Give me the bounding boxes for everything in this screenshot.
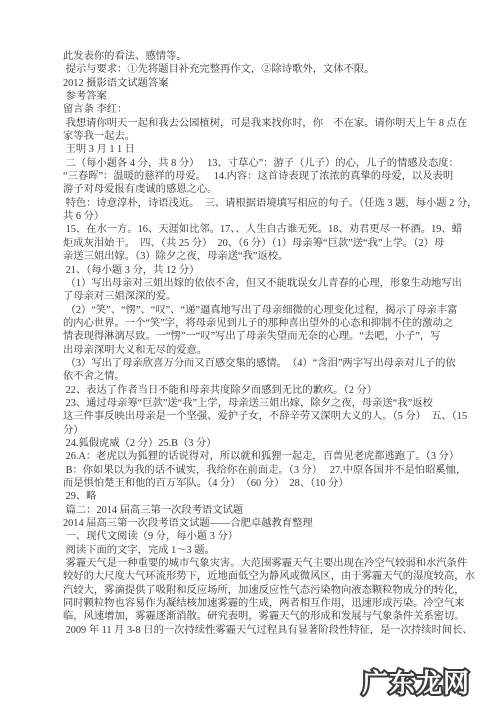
text-line: 2009 年 11 月 3-8 日的一次持续性雾霾天气过程具有显著阶段性特征，是… bbox=[63, 624, 463, 637]
text-line: 临，风速增加，雾霾逐渐消散。研究表明，雾霾天气的形成和发展与气象条件关系密切。 bbox=[63, 610, 463, 623]
text-line: 2014 届高三第一次段考语文试题——合肥卓越教育整理 bbox=[63, 517, 463, 530]
text-line: 这三件事反映出母亲是一个坚强、爱护子女，不辞辛劳又深明大义的人。（5 分） 五、… bbox=[63, 410, 463, 423]
text-line: “三春晖”：温暖的慈祥的母爱。 14.内容：这首诗表现了浓浓的真挚的母爱，以及表… bbox=[63, 170, 463, 183]
text-line: 较好的大尺度大气环流形势下，近地面低空为静风或微风区，由于雾霾天气的湿度较高，水 bbox=[63, 570, 463, 583]
text-line: 亲送三姐出嫁。（3）除夕之夜，母亲送“我”返校。 bbox=[63, 250, 463, 263]
text-line: 留言条 李红： bbox=[63, 103, 463, 116]
text-line: 22、表达了作者当日不能和母亲共度除夕而感到无比的歉疚。（2 分） bbox=[63, 384, 463, 397]
text-line: 炬成灰泪始干。 四、（共 25 分） 20、（6 分）（1）母亲筹“巨款”送“我… bbox=[63, 237, 463, 250]
text-line: 参考答案 bbox=[63, 90, 463, 103]
text-line: 二（每小题各 4 分，共 8 分） 13、寸草心”：游子（儿子）的心，儿子的情感… bbox=[63, 157, 463, 170]
document-page: 此发表你的看法、感情等。 提示与要求：①先将题目补充完整再作文，②除诗歌外，文体… bbox=[0, 0, 500, 707]
text-line: 了母亲对三姐深深的爱。 bbox=[63, 290, 463, 303]
text-line: 共 6 分） bbox=[63, 210, 463, 223]
text-line: 29、略 bbox=[63, 490, 463, 503]
text-line: 此发表你的看法、感情等。 bbox=[63, 50, 463, 63]
text-line: 一、现代文阅读（9 分，每小题 3 分） bbox=[63, 530, 463, 543]
text-line: 15、在水一方。16、天涯如比邻。17、、人生自古谁无死。18、劝君更尽一杯酒。… bbox=[63, 223, 463, 236]
text-line: 的内心世界。一个“笑”字，将母亲见到儿子的那种喜出望外的心态和抑制不住的激动之 bbox=[63, 317, 463, 330]
text-line: 而是惧怕楚王和他的百万军队。（4 分） （60 分） 28、（10 分） bbox=[63, 477, 463, 490]
text-line: 同时颗粒物也容易作为凝结核加速雾霾的生成，两者相互作用，迅速形成污染。冷空气来 bbox=[63, 597, 463, 610]
text-line: 王明 3 月 1 1 日 bbox=[63, 143, 463, 156]
text-line: （3）写出了母亲欣喜万分而又百感交集的感情。 （4）“含泪”两字写出母亲对儿子的… bbox=[63, 357, 463, 370]
text-line: （1）写出母亲对三姐出嫁的依依不舍，但又不能耽误女儿青春的心理，形象生动地写出 bbox=[63, 277, 463, 290]
text-line: B：你如果以为我的话不诚实，我给你在前面走。（3 分） 27.中原各国并不是怕昭… bbox=[63, 464, 463, 477]
text-line: 分） bbox=[63, 424, 463, 437]
text-line: 依不舍之情。 bbox=[63, 370, 463, 383]
text-line: 情表现得淋漓尽致。一“愣”一“叹”写出了母亲失望而无奈的心理。“去吧，小子”，写 bbox=[63, 330, 463, 343]
text-line: 雾霾天气是一种重要的城市气象灾害。大范围雾霾天气主要出现在冷空气较弱和水汽条件 bbox=[63, 557, 463, 570]
text-line: 出母亲深明大义和无尽的爱意。 bbox=[63, 344, 463, 357]
text-line: 26.A：老虎以为狐狸的话说得对，所以就和狐狸一起走，百兽见老虎都逃跑了。（3 … bbox=[63, 450, 463, 463]
text-line: 提示与要求：①先将题目补充完整再作文，②除诗歌外，文体不限。 bbox=[63, 63, 463, 76]
watermark-logo: 广东龙网 bbox=[362, 663, 470, 700]
text-line: 24.狐假虎威（2 分）25.B（3 分） bbox=[63, 437, 463, 450]
document-lines: 此发表你的看法、感情等。 提示与要求：①先将题目补充完整再作文，②除诗歌外，文体… bbox=[63, 50, 463, 637]
text-line: 21、（每小题 3 分，共 12 分） bbox=[63, 264, 463, 277]
text-line: 汽较大，雾滴提供了吸附和反应场所，加速反应性气态污染物向液态颗粒物成分的转化， bbox=[63, 584, 463, 597]
text-line: 家等我一起去。 bbox=[63, 130, 463, 143]
text-line: 23、通过母亲筹“巨款”送“我”上学，母亲送三姐出嫁，除夕之夜，母亲送“我”返校 bbox=[63, 397, 463, 410]
text-line: 阅读下面的文字，完成 1～3 题。 bbox=[63, 544, 463, 557]
text-line: 2012 摄影语文试题答案 bbox=[63, 77, 463, 90]
text-line: 特色：诗意淳朴，诗语浅近。 三、请根据语境填写相应的句子。（任选 3 题，每小题… bbox=[63, 197, 463, 210]
text-line: 游子对母爱报有虔诚的感恩之心。 bbox=[63, 183, 463, 196]
text-line: 篇二：2014 届高三第一次段考语文试题 bbox=[63, 504, 463, 517]
text-line: （2）“笑”、“愣”、“叹”、“递”逼真地写出了母亲细微的心理变化过程，揭示了母… bbox=[63, 304, 463, 317]
text-line: 我想请你明天一起和我去公园植树，可是我来找你时，你 不在家。请你明天上午 8 点… bbox=[63, 117, 463, 130]
